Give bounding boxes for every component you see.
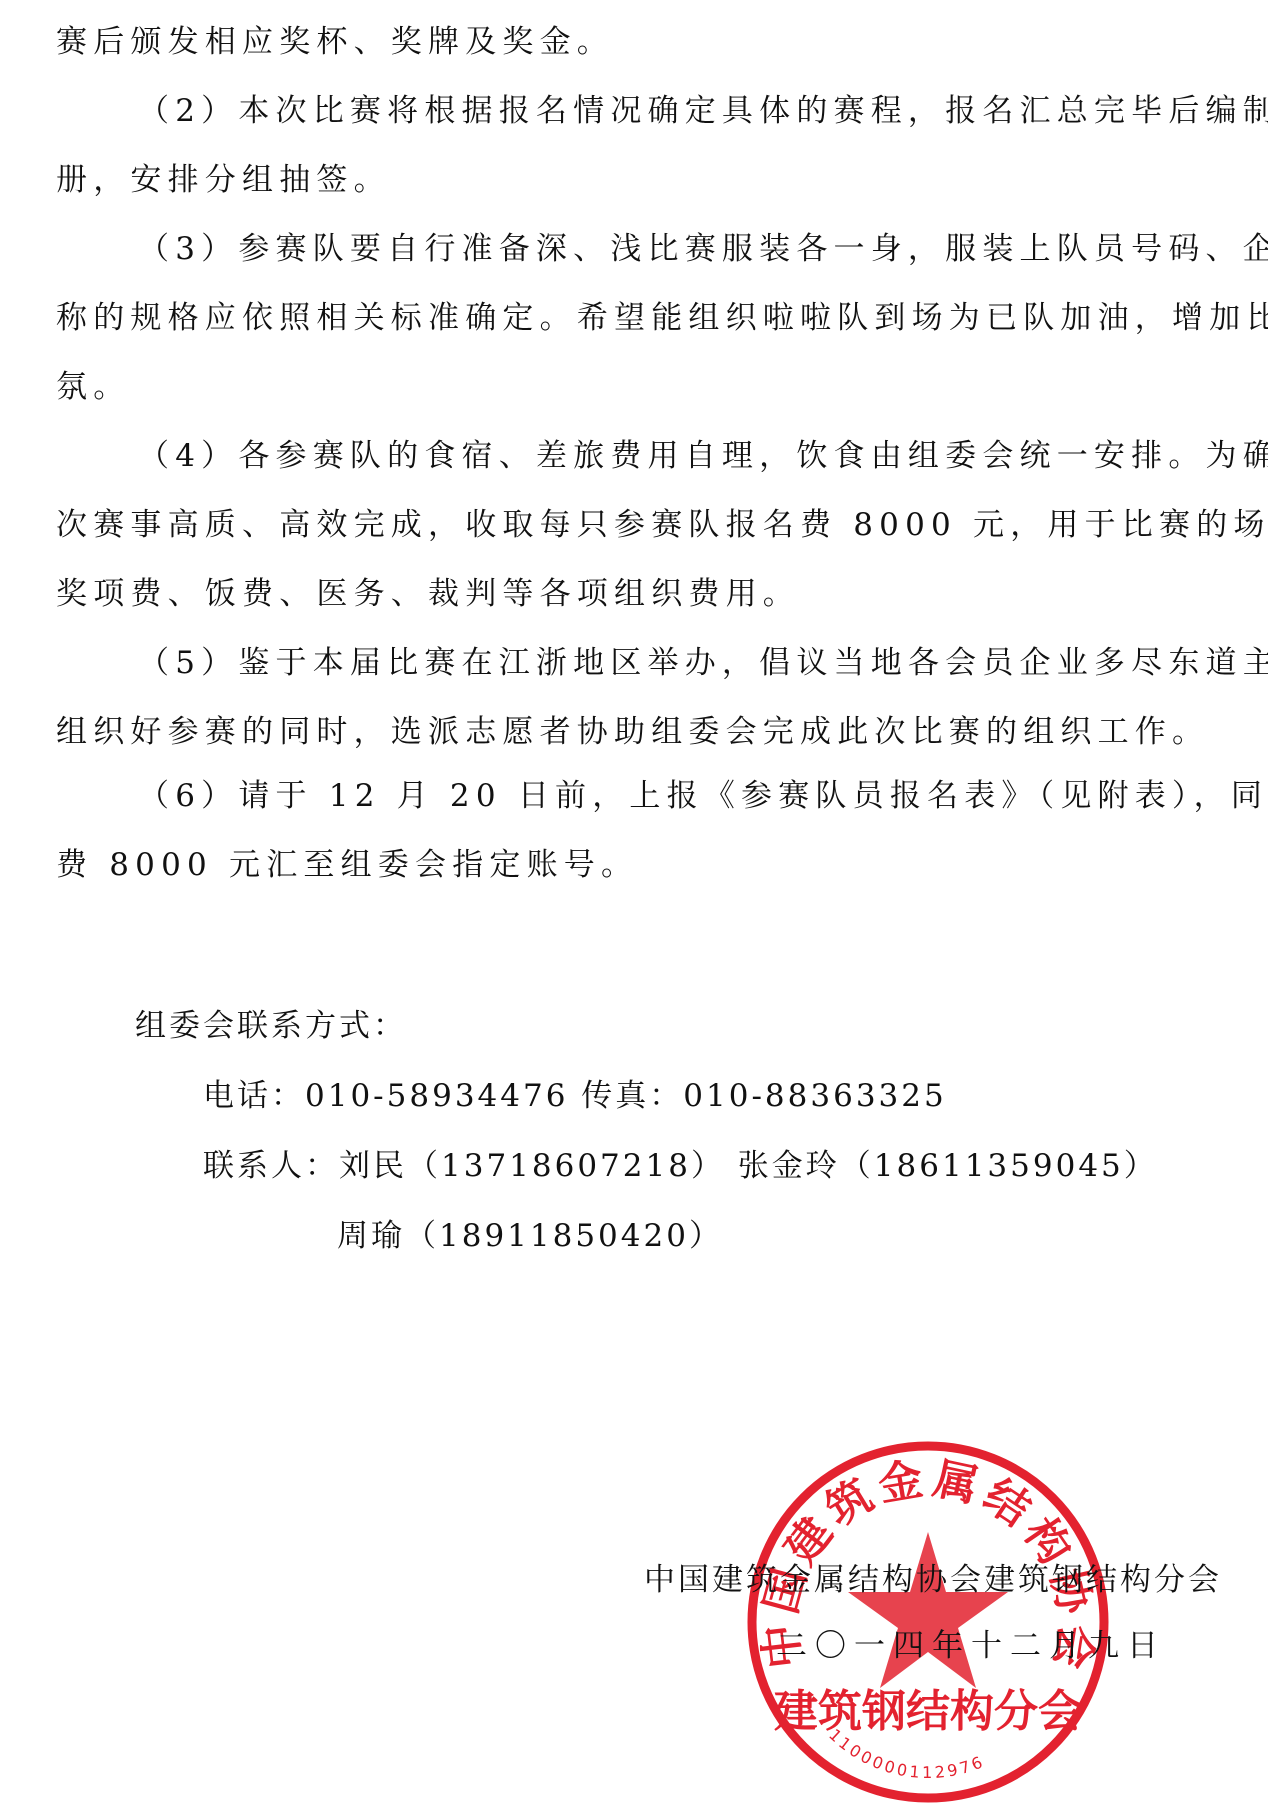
- item-2-line-2: 册，安排分组抽签。: [56, 160, 391, 200]
- item-3-line-2: 称的规格应依照相关标准确定。希望能组织啦啦队到场为已队加油，增加比赛气: [56, 298, 1268, 338]
- item-4-line-2: 次赛事高质、高效完成，收取每只参赛队报名费 8000 元，用于比赛的场地费、: [56, 505, 1268, 545]
- official-red-seal: 中国建筑金属结构协会 建筑钢结构分会 1100000112976: [742, 1436, 1114, 1808]
- item-3-line-1: （3）参赛队要自行准备深、浅比赛服装各一身，服装上队员号码、企业名: [138, 229, 1268, 269]
- seal-bottom-text: 建筑钢结构分会: [774, 1686, 1082, 1737]
- contact-phone-fax: 电话：010-58934476 传真：010-88363325: [203, 1076, 947, 1116]
- item-6-line-1: （6）请于 12 月 20 日前，上报《参赛队员报名表》（见附表），同时把参赛: [138, 776, 1268, 816]
- contact-heading: 组委会联系方式：: [135, 1006, 407, 1046]
- text-line: 赛后颁发相应奖杯、奖牌及奖金。: [56, 22, 614, 62]
- contact-people: 联系人：刘民（13718607218） 张金玲（18611359045）: [203, 1146, 1158, 1186]
- item-6-line-2: 费 8000 元汇至组委会指定账号。: [56, 845, 638, 885]
- item-5-line-1: （5）鉴于本届比赛在江浙地区举办，倡议当地各会员企业多尽东道主之宜，: [138, 643, 1268, 683]
- contact-people-2: 周瑜（18911850420）: [337, 1216, 723, 1256]
- item-3-line-3: 氛。: [56, 367, 130, 407]
- item-5-line-2: 组织好参赛的同时，选派志愿者协助组委会完成此次比赛的组织工作。: [56, 712, 1209, 752]
- item-4-line-1: （4）各参赛队的食宿、差旅费用自理，饮食由组委会统一安排。为确保此: [138, 436, 1268, 476]
- signature-organization: 中国建筑金属结构协会建筑钢结构分会: [644, 1560, 1222, 1600]
- item-2-line-1: （2）本次比赛将根据报名情况确定具体的赛程，报名汇总完毕后编制秩序: [138, 91, 1268, 131]
- signature-date: 二〇一四年十二月九日: [776, 1626, 1166, 1666]
- item-4-line-3: 奖项费、饭费、医务、裁判等各项组织费用。: [56, 574, 800, 614]
